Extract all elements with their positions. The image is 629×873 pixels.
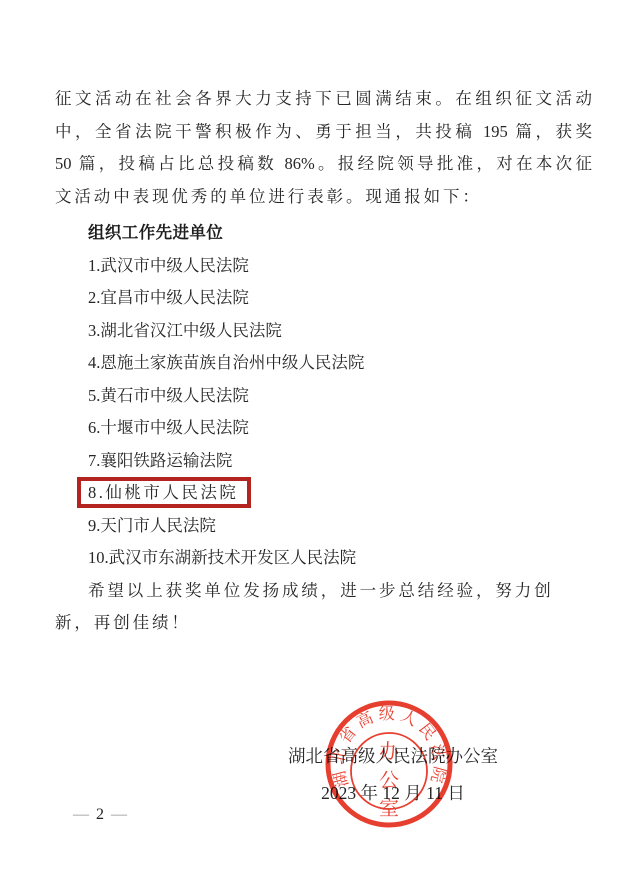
- closing-line: 希望以上获奖单位发扬成绩，进一步总结经验，努力创: [55, 575, 592, 608]
- closing-line: 新，再创佳绩！: [55, 607, 592, 640]
- page-number: —2—: [73, 806, 127, 824]
- highlight-box: 8.仙桃市人民法院: [77, 477, 251, 508]
- list-item: 4.恩施土家族苗族自治州中级人民法院: [88, 347, 592, 380]
- footer-dash: —: [73, 806, 89, 823]
- footer-page-num: 2: [96, 806, 104, 823]
- list-item: 10.武汉市东湖新技术开发区人民法院: [88, 542, 592, 575]
- signature-date: 2023 年 12 月 11 日: [288, 775, 498, 812]
- document-body: 征文活动在社会各界大力支持下已圆满结束。在组织征文活动 中，全省法院干警积极作为…: [55, 83, 592, 640]
- list-item: 7.襄阳铁路运输法院: [88, 445, 592, 478]
- paragraph-line: 文活动中表现优秀的单位进行表彰。现通报如下：: [55, 181, 592, 214]
- signature-office: 湖北省高级人民法院办公室: [288, 738, 498, 775]
- list-item: 3.湖北省汉江中级人民法院: [88, 315, 592, 348]
- paragraph-line: 征文活动在社会各界大力支持下已圆满结束。在组织征文活动: [55, 83, 592, 116]
- signature-block: 湖北省高级人民法院办公室 2023 年 12 月 11 日: [288, 738, 498, 812]
- list-item: 5.黄石市中级人民法院: [88, 380, 592, 413]
- list-item: 2.宜昌市中级人民法院: [88, 282, 592, 315]
- document-page: 征文活动在社会各界大力支持下已圆满结束。在组织征文活动 中，全省法院干警积极作为…: [0, 0, 629, 873]
- list-item-highlighted-row: 8.仙桃市人民法院: [88, 477, 592, 510]
- footer-dash: —: [111, 806, 127, 823]
- list-item: 9.天门市人民法院: [88, 510, 592, 543]
- section-heading: 组织工作先进单位: [88, 217, 592, 250]
- paragraph-line: 中，全省法院干警积极作为、勇于担当，共投稿 195 篇，获奖: [55, 116, 592, 149]
- paragraph-line: 50 篇，投稿占比总投稿数 86%。报经院领导批准，对在本次征: [55, 148, 592, 181]
- list-item: 1.武汉市中级人民法院: [88, 250, 592, 283]
- list-item-highlighted: 8.仙桃市人民法院: [88, 483, 238, 502]
- list-item: 6.十堰市中级人民法院: [88, 412, 592, 445]
